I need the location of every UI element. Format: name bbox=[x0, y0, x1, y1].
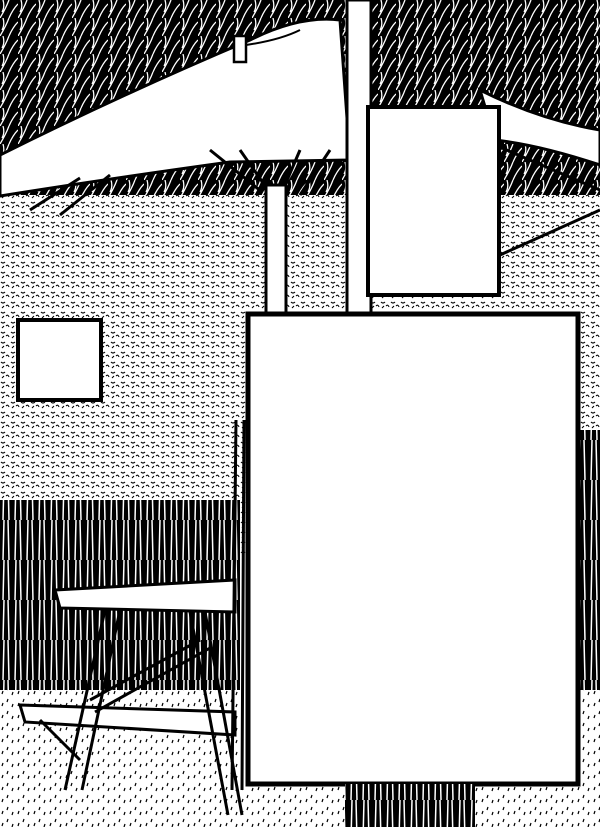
large-blank-panel bbox=[248, 314, 578, 784]
post-base bbox=[345, 784, 475, 827]
umbrella-clip bbox=[234, 36, 246, 62]
small-blank-panel bbox=[18, 320, 101, 400]
line-art-scene bbox=[0, 0, 600, 827]
illustration bbox=[0, 0, 600, 827]
upper-blank-panel bbox=[368, 107, 499, 295]
